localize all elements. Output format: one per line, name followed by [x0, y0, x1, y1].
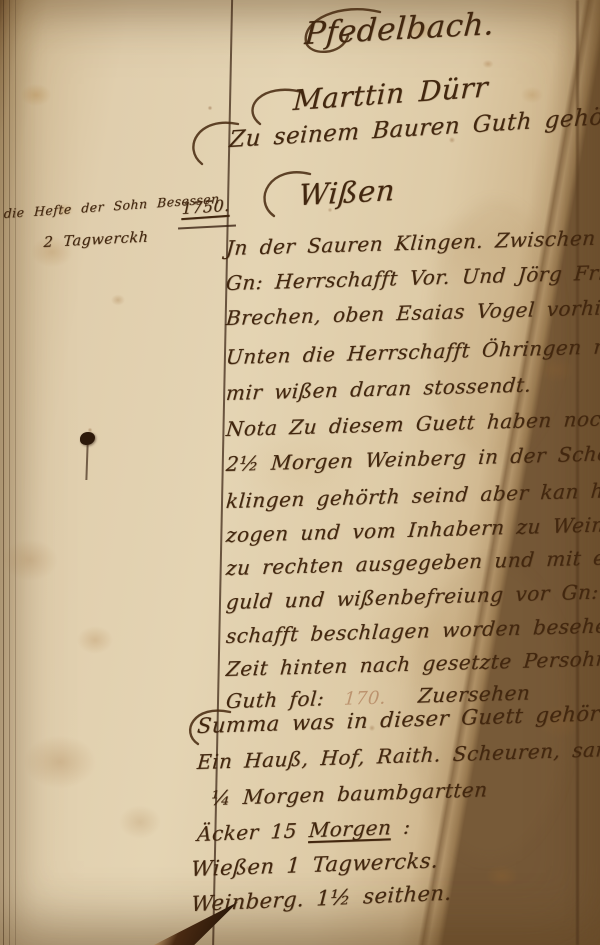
- title-place-name: Pfedelbach.: [303, 6, 495, 52]
- tail-line: Weinberg. 1½ seithen.: [191, 881, 453, 916]
- acker-unit-underlined: Morgen: [308, 815, 392, 842]
- folio-prefix: Guth fol:: [225, 686, 325, 713]
- acker-prefix: Äcker 15: [196, 818, 309, 846]
- section-heading: Wißen: [298, 173, 397, 212]
- title-owner-name: Marttin Dürr: [292, 70, 489, 117]
- body-line: zogen und vom Inhabern zu Weinbergs: [225, 511, 600, 547]
- gutter-crease: [576, 0, 579, 945]
- acker-suffix: :: [391, 815, 412, 840]
- manuscript-page-scan: Pfedelbach. Marttin Dürr Zu seinem Baure…: [0, 0, 600, 945]
- folio-number-faint: 170.: [343, 688, 387, 710]
- body-line: 2½ Morgen Weinberg in der Scheüch: [225, 440, 600, 476]
- ink-drip: [85, 444, 88, 480]
- margin-note-year: 1750.: [181, 196, 230, 218]
- body-line: Nota Zu diesem Guett haben noch: [225, 406, 600, 441]
- acker-line: Äcker 15 Morgen :: [196, 815, 411, 847]
- title-subtitle: Zu seinem Bauren Guth gehörig: [228, 102, 600, 153]
- body-line: zu rechten ausgegeben und mit einer wein: [225, 542, 600, 580]
- body-line: klingen gehörth seind aber kan hinwegge: [225, 476, 600, 513]
- margin-note-area: 2 Tagwerckh: [43, 230, 149, 252]
- tail-line: Wießen 1 Tagwercks.: [190, 848, 439, 881]
